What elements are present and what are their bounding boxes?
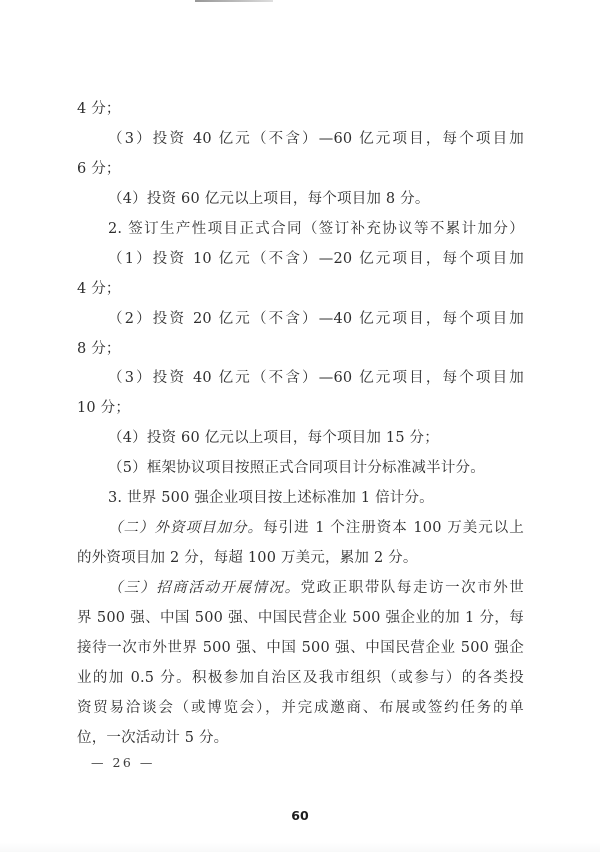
text-line: 4 分；: [77, 95, 524, 125]
document-body: 4 分；（3）投资 40 亿元（不含）—60 亿元项目，每个项目加6 分；（4）…: [77, 95, 524, 754]
scan-bottom-shade: [0, 842, 600, 852]
text-run: （4）投资 60 亿元以上项目，每个项目加 8 分。: [108, 191, 430, 207]
text-line: 3. 世界 500 强企业项目按上述标准加 1 倍计分。: [77, 484, 524, 514]
scan-artifact-line: [195, 0, 273, 2]
text-line: 的外资项目加 2 分，每超 100 万美元，累加 2 分。: [77, 544, 524, 574]
text-run: （3）投资 40 亿元（不含）—60 亿元项目，每个项目加: [108, 131, 524, 147]
text-line: 界 500 强、中国 500 强、中国民营企业 500 强企业的加 1 分，每: [77, 604, 524, 634]
text-run: 界 500 强、中国 500 强、中国民营企业 500 强企业的加 1 分，每: [77, 610, 524, 626]
text-run: 位，一次活动计 5 分。: [77, 730, 228, 746]
text-line: （5）框架协议项目按照正式合同项目计分标准减半计分。: [77, 454, 524, 484]
text-run: 8 分；: [77, 341, 121, 357]
text-run: 3. 世界 500 强企业项目按上述标准加 1 倍计分。: [108, 490, 434, 506]
text-line: 资贸易洽谈会（或博览会），并完成邀商、布展或签约任务的单: [77, 694, 524, 724]
text-run: 资贸易洽谈会（或博览会），并完成邀商、布展或签约任务的单: [77, 700, 524, 716]
text-line: （4）投资 60 亿元以上项目，每个项目加 15 分；: [77, 424, 524, 454]
text-run: （3）投资 40 亿元（不含）—60 亿元项目，每个项目加: [108, 370, 524, 386]
text-run: 4 分；: [77, 101, 121, 117]
text-line: 4 分；: [77, 275, 524, 305]
viewer-page-label: 60: [0, 808, 600, 823]
text-line: 2. 签订生产性项目正式合同（签订补充协议等不累计加分）: [77, 215, 524, 245]
text-run: 10 分；: [77, 400, 130, 416]
text-line: （2）投资 20 亿元（不含）—40 亿元项目，每个项目加: [77, 305, 524, 335]
section-heading-run: （三）招商活动开展情况。: [108, 580, 301, 596]
text-line: 业的加 0.5 分。积极参加自治区及我市组织（或参与）的各类投: [77, 664, 524, 694]
text-line: 6 分；: [77, 155, 524, 185]
text-run: 党政正职带队每走访一次市外世: [301, 580, 524, 596]
text-run: 2. 签订生产性项目正式合同（签订补充协议等不累计加分）: [108, 221, 524, 237]
text-run: 接待一次市外世界 500 强、中国 500 强、中国民营企业 500 强企: [77, 640, 524, 656]
text-line: （4）投资 60 亿元以上项目，每个项目加 8 分。: [77, 185, 524, 215]
section-heading-run: （二）外资项目加分。: [108, 520, 263, 536]
text-line: （1）投资 10 亿元（不含）—20 亿元项目，每个项目加: [77, 245, 524, 275]
text-run: （1）投资 10 亿元（不含）—20 亿元项目，每个项目加: [108, 251, 524, 267]
text-run: 6 分；: [77, 161, 121, 177]
text-line: 10 分；: [77, 394, 524, 424]
text-run: 每引进 1 个注册资本 100 万美元以上: [263, 520, 524, 536]
text-line: 接待一次市外世界 500 强、中国 500 强、中国民营企业 500 强企: [77, 634, 524, 664]
text-line: （三）招商活动开展情况。党政正职带队每走访一次市外世: [77, 574, 524, 604]
document-page: 4 分；（3）投资 40 亿元（不含）—60 亿元项目，每个项目加6 分；（4）…: [0, 0, 600, 852]
text-run: （5）框架协议项目按照正式合同项目计分标准减半计分。: [108, 460, 485, 476]
text-run: 4 分；: [77, 281, 121, 297]
text-line: 位，一次活动计 5 分。: [77, 724, 524, 754]
text-run: 的外资项目加 2 分，每超 100 万美元，累加 2 分。: [77, 550, 418, 566]
text-line: （3）投资 40 亿元（不含）—60 亿元项目，每个项目加: [77, 364, 524, 394]
text-run: 业的加 0.5 分。积极参加自治区及我市组织（或参与）的各类投: [77, 670, 524, 686]
footer-page-number: — 26 —: [91, 755, 155, 770]
text-run: （4）投资 60 亿元以上项目，每个项目加 15 分；: [108, 430, 439, 446]
text-line: （二）外资项目加分。每引进 1 个注册资本 100 万美元以上: [77, 514, 524, 544]
text-run: （2）投资 20 亿元（不含）—40 亿元项目，每个项目加: [108, 311, 524, 327]
text-line: 8 分；: [77, 335, 524, 365]
text-line: （3）投资 40 亿元（不含）—60 亿元项目，每个项目加: [77, 125, 524, 155]
